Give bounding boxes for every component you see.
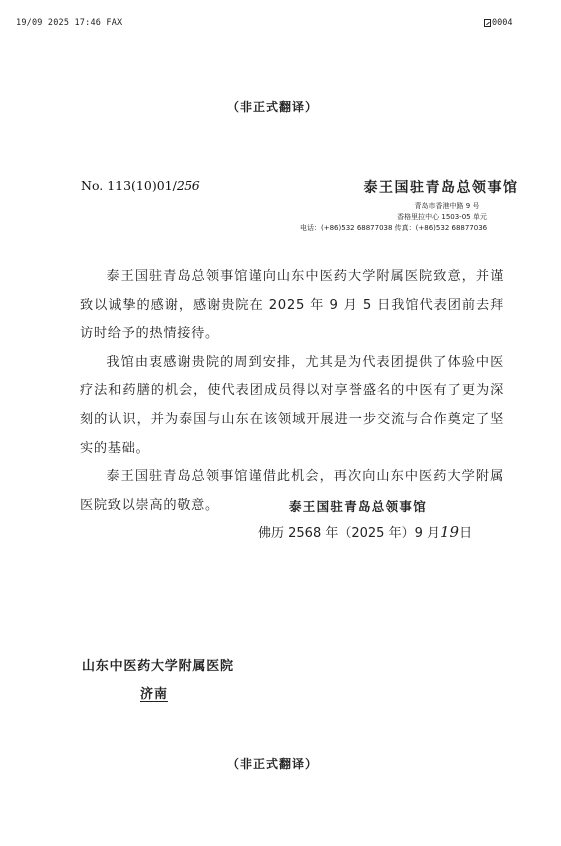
fax-page-icon [484,19,491,27]
body-paragraph: 我馆由衷感谢贵院的周到安排，尤其是为代表团提供了体验中医疗法和药膳的机会，使代表… [80,349,504,463]
unofficial-translation-note-bottom: （非正式翻译） [227,755,318,772]
reference-number: No. 113(10)01/256 [81,178,199,193]
body-paragraph: 泰王国驻青岛总领事馆谨向山东中医药大学附属医院致意，并谨致以诚挚的感谢，感谢贵院… [80,263,504,349]
signature-org-name: 泰王国驻青岛总领事馆 [289,497,427,515]
letterhead-contact-line: 电话：(+86)532 68877038 传真：(+86)532 6887703… [300,223,548,234]
reference-prefix: No. 113(10)01/ [81,178,177,193]
letterhead: 泰王国驻青岛总领事馆 青岛市香港中路 9 号 香格里拉中心 1503-05 单元… [318,177,548,234]
signature-date-prefix: 佛历 2568 年（2025 年）9 月 [258,526,440,541]
fax-page-counter: 0004 [484,18,512,28]
letter-body: 泰王国驻青岛总领事馆谨向山东中医药大学附属医院致意，并谨致以诚挚的感谢，感谢贵院… [80,263,504,520]
fax-page-number: 0004 [492,18,512,28]
recipient-city: 济南 [140,683,168,702]
unofficial-translation-note-top: （非正式翻译） [227,98,318,115]
letterhead-address-line2: 香格里拉中心 1503-05 单元 [336,212,548,223]
signature-date-suffix: 日 [459,526,472,541]
signature-date: 佛历 2568 年（2025 年）9 月19日 [258,522,472,541]
letterhead-address-line1: 青岛市香港中路 9 号 [346,201,548,212]
reference-handwritten-number: 256 [177,178,199,193]
fax-header-timestamp: 19/09 2025 17:46 FAX [16,18,122,28]
letterhead-org-name: 泰王国驻青岛总领事馆 [334,177,548,197]
signature-date-day: 19 [440,523,459,541]
recipient-name: 山东中医药大学附属医院 [82,655,234,674]
